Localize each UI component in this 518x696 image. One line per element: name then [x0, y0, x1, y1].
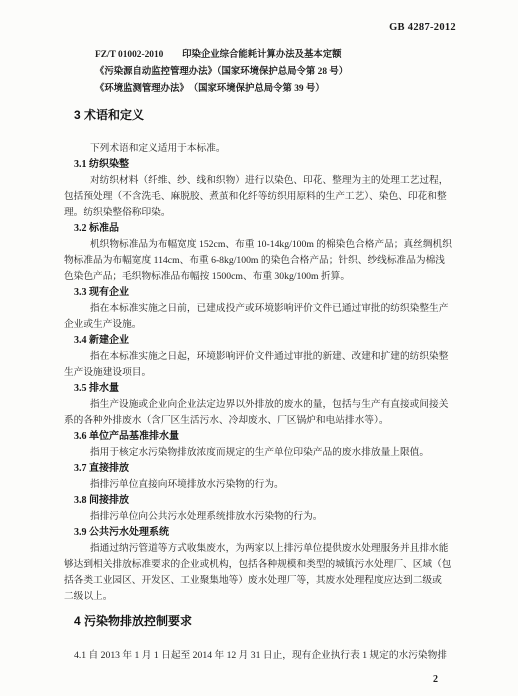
term-3-5-heading: 3.5 排水量 [74, 381, 456, 397]
term-3-3: 3.3 现有企业 指在本标准实施之日前，已建成投产或环境影响评价文件已通过审批的… [64, 285, 456, 333]
page-number: 2 [433, 674, 438, 685]
term-3-9-definition: 指通过纳污管道等方式收集废水，为两家以上排污单位提供废水处理服务并且排水能 够达… [64, 541, 456, 605]
page-content: FZ/T 01002-2010 印染企业综合能耗计算办法及基本定额 《污染源自动… [64, 47, 456, 664]
section-4-heading: 4 污染物排放控制要求 [74, 614, 456, 629]
term-3-5-definition: 指生产设施或企业向企业法定边界以外排放的废水的量，包括与生产有直接或间接关 系的… [64, 397, 456, 429]
document-page: GB 4287-2012 FZ/T 01002-2010 印染企业综合能耗计算办… [0, 0, 518, 696]
term-3-9: 3.9 公共污水处理系统 指通过纳污管道等方式收集废水，为两家以上排污单位提供废… [64, 525, 456, 605]
term-3-8-definition: 指排污单位向公共污水处理系统排放水污染物的行为。 [64, 509, 456, 525]
term-3-4-definition: 指在本标准实施之日起，环境影响评价文件通过审批的新建、改建和扩建的纺织染整 生产… [64, 349, 456, 381]
term-3-8-heading: 3.8 间接排放 [74, 493, 456, 509]
term-3-6: 3.6 单位产品基准排水量 指用于核定水污染物排放浓度而规定的生产单位印染产品的… [64, 429, 456, 461]
term-3-9-heading: 3.9 公共污水处理系统 [74, 525, 456, 541]
term-3-4: 3.4 新建企业 指在本标准实施之日起，环境影响评价文件通过审批的新建、改建和扩… [64, 333, 456, 381]
term-3-2-definition: 机织物标准品为布幅宽度 152cm、布重 10-14kg/100m 的棉染色合格… [64, 237, 456, 285]
standard-number-header: GB 4287-2012 [389, 22, 456, 33]
term-3-6-heading: 3.6 单位产品基准排水量 [74, 429, 456, 445]
clause-4-1: 4.1 自 2013 年 1 月 1 日起至 2014 年 12 月 31 日止… [74, 648, 456, 664]
term-3-1-definition: 对纺织材料（纤维、纱、线和织物）进行以染色、印花、整理为主的处理工艺过程， 包括… [64, 173, 456, 221]
term-3-3-definition: 指在本标准实施之日前，已建成投产或环境影响评价文件已通过审批的纺织染整生产 企业… [64, 301, 456, 333]
term-3-8: 3.8 间接排放 指排污单位向公共污水处理系统排放水污染物的行为。 [64, 493, 456, 525]
term-3-7-heading: 3.7 直接排放 [74, 461, 456, 477]
term-3-6-definition: 指用于核定水污染物排放浓度而规定的生产单位印染产品的废水排放量上限值。 [64, 445, 456, 461]
term-3-1-heading: 3.1 纺织染整 [74, 157, 456, 173]
term-3-1: 3.1 纺织染整 对纺织材料（纤维、纱、线和织物）进行以染色、印花、整理为主的处… [64, 157, 456, 221]
references-list: FZ/T 01002-2010 印染企业综合能耗计算办法及基本定额 《污染源自动… [95, 47, 456, 98]
term-3-2-heading: 3.2 标准品 [74, 221, 456, 237]
section-3-heading: 3 术语和定义 [74, 108, 456, 123]
term-3-7: 3.7 直接排放 指排污单位直接向环境排放水污染物的行为。 [64, 461, 456, 493]
term-3-7-definition: 指排污单位直接向环境排放水污染物的行为。 [64, 477, 456, 493]
term-3-2: 3.2 标准品 机织物标准品为布幅宽度 152cm、布重 10-14kg/100… [64, 221, 456, 285]
reference-item: 《污染源自动监控管理办法》（国家环境保护总局令第 28 号） [95, 64, 456, 81]
section-3-intro: 下列术语和定义适用于本标准。 [64, 141, 456, 157]
reference-item: 《环境监测管理办法》 （国家环境保护总局令第 39 号） [95, 81, 456, 98]
reference-item: FZ/T 01002-2010 印染企业综合能耗计算办法及基本定额 [95, 47, 456, 64]
term-3-5: 3.5 排水量 指生产设施或企业向企业法定边界以外排放的废水的量，包括与生产有直… [64, 381, 456, 429]
term-3-3-heading: 3.3 现有企业 [74, 285, 456, 301]
term-3-4-heading: 3.4 新建企业 [74, 333, 456, 349]
